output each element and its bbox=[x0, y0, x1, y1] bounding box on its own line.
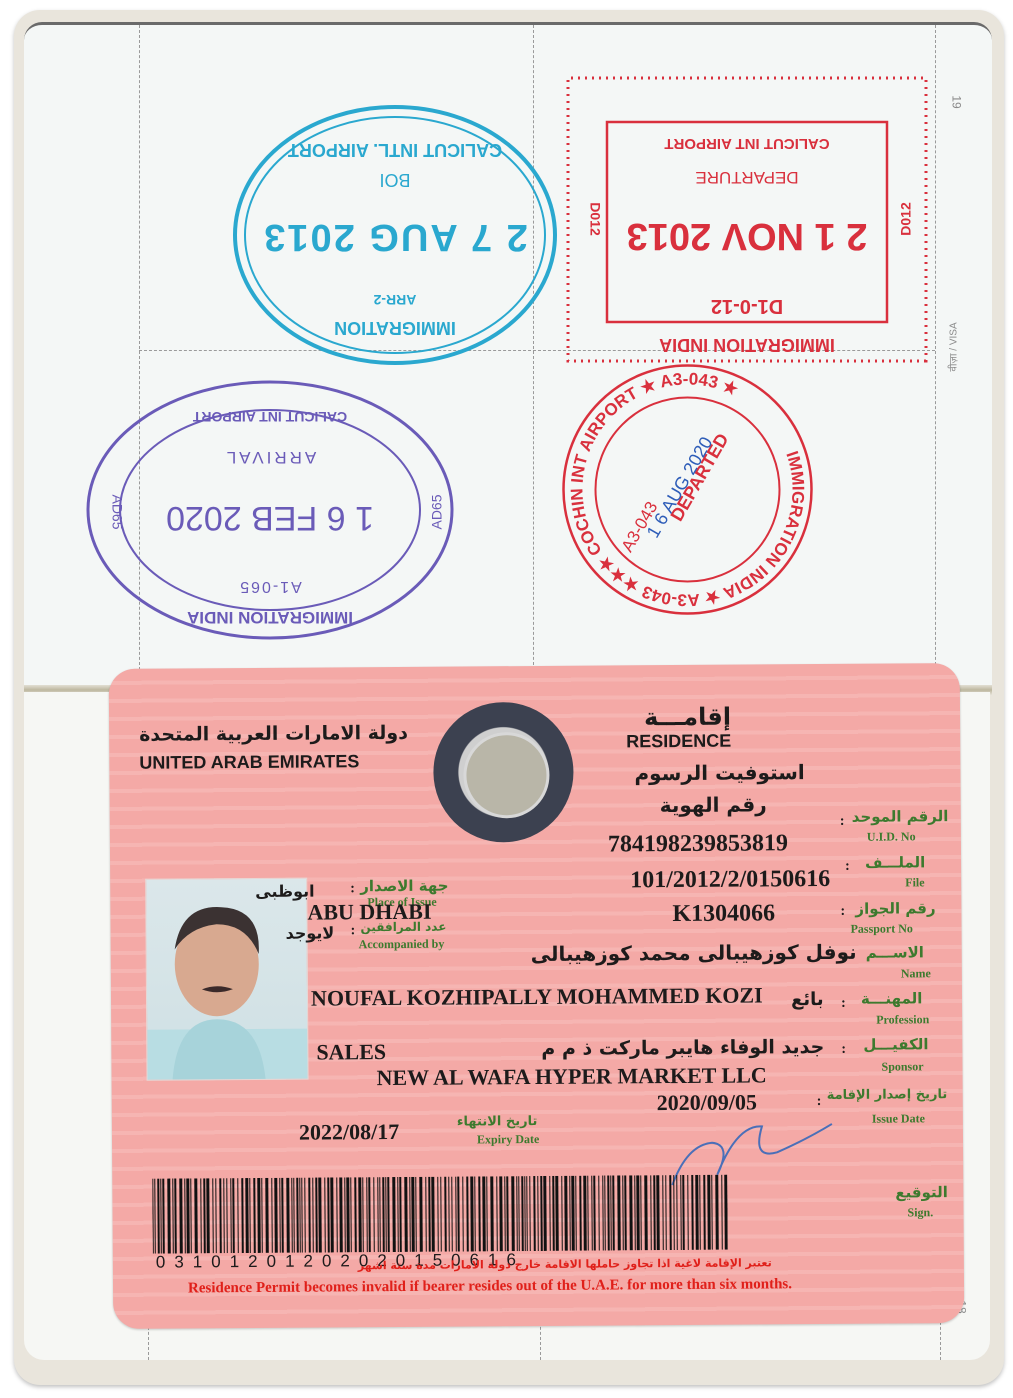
signature-label-en: Sign. bbox=[907, 1205, 933, 1220]
name-label-en: Name bbox=[901, 966, 931, 981]
expiry-date-value: 2022/08/17 bbox=[299, 1119, 399, 1146]
sponsor-value: NEW AL WAFA HYPER MARKET LLC bbox=[376, 1062, 766, 1091]
uid-value: 784198239853819 bbox=[608, 830, 788, 858]
stamp-date: 2 1 NOV 2013 bbox=[562, 214, 932, 257]
sponsor-value-ar: جديد الوفاء هايبر ماركت ذ م م bbox=[541, 1036, 824, 1060]
file-label-en: File bbox=[905, 875, 924, 890]
immigration-stamp-cochin-departed-2020: IMMIGRATION INDIA ★ A3-043 ★★★ COCHIN IN… bbox=[560, 362, 815, 617]
immigration-stamp-calicut-arrival-2020: IMMIGRATION INDIA A1-065 1 6 FEB 2020 AR… bbox=[80, 375, 460, 645]
stamp-code-bottom: ARR-2 bbox=[230, 292, 560, 308]
issue-date-label-en: Issue Date bbox=[872, 1111, 925, 1126]
stamp-counter: A1-065 bbox=[80, 577, 460, 595]
profession-label-en: Profession bbox=[876, 1012, 929, 1027]
fees-paid-ar: استوفيت الرسوم bbox=[634, 760, 804, 785]
place-of-issue-ar: ابوظبى bbox=[255, 882, 314, 901]
sponsor-label-en: Sponsor bbox=[881, 1059, 923, 1074]
stamp-side-code: AD65 bbox=[428, 494, 444, 529]
country-name-en: UNITED ARAB EMIRATES bbox=[139, 751, 359, 774]
barcode bbox=[152, 1175, 728, 1254]
stamp-outer-top: IMMIGRATION INDIA bbox=[80, 607, 460, 627]
expiry-date-label-ar: تاريخ الانتهاء bbox=[457, 1114, 538, 1130]
name-label-ar: الاســـم bbox=[866, 943, 924, 961]
expiry-date-label-en: Expiry Date bbox=[477, 1132, 539, 1147]
residence-title-en: RESIDENCE bbox=[626, 731, 731, 753]
profession-label-ar: المهنـــة bbox=[861, 989, 922, 1007]
immigration-stamp-calicut-departure-2013: IMMIGRATION INDIA D1-0-12 2 1 NOV 2013 D… bbox=[562, 72, 932, 367]
stamp-side-code: D012 bbox=[587, 202, 603, 235]
id-number-label-ar: رقم الهوية bbox=[660, 792, 767, 817]
immigration-stamp-calicut-arrival-2013: IMMIGRATION ARR-2 2 7 AUG 2013 BOI CALIC… bbox=[230, 100, 560, 370]
file-value: 101/2012/2/0150616 bbox=[630, 866, 830, 894]
page-number-top: 19 bbox=[950, 95, 964, 108]
stamp-outer-bottom: CALICUT INT AIRPORT bbox=[562, 135, 932, 152]
profession-value-ar: بائع bbox=[791, 989, 824, 1010]
passport-no-value: K1304066 bbox=[672, 900, 775, 928]
visa-label-top: वीज़ा / VISA bbox=[946, 322, 960, 371]
place-of-issue-label-ar: جهة الاصدار bbox=[360, 877, 448, 896]
issue-date-label-ar: تاريخ إصدار الإقامة bbox=[827, 1087, 948, 1103]
sponsor-label-ar: الكفيـــل bbox=[863, 1035, 928, 1053]
stamp-type: DEPARTURE bbox=[562, 167, 932, 187]
stamp-outer-bottom: CALICUT INT AIRPORT bbox=[80, 409, 460, 425]
file-label-ar: الملـــف bbox=[865, 853, 925, 871]
accompanied-by-label-ar: عدد المرافقين bbox=[360, 920, 446, 935]
uid-label-en: U.I.D. No bbox=[867, 829, 916, 844]
signature-label-ar: التوقيع bbox=[895, 1183, 948, 1201]
stamp-type: ARRIVAL bbox=[80, 447, 460, 467]
stamp-outer-top: IMMIGRATION bbox=[230, 317, 560, 338]
holder-photo bbox=[145, 878, 308, 1081]
page-grid-line bbox=[935, 25, 936, 685]
passport-no-label-en: Passport No bbox=[850, 921, 912, 936]
stamp-date: 2 7 AUG 2013 bbox=[230, 215, 560, 258]
passport-no-label-ar: رقم الجواز bbox=[855, 899, 935, 918]
uae-hologram-seal-icon bbox=[433, 702, 574, 843]
stamp-outer-top: IMMIGRATION INDIA bbox=[562, 334, 932, 355]
residence-title-ar: إقامـــة bbox=[644, 703, 731, 732]
accompanied-by-label-en: Accompanied by bbox=[359, 937, 445, 953]
stamp-counter: D1-0-12 bbox=[562, 294, 932, 317]
name-value: NOUFAL KOZHIPALLY MOHAMMED KOZI bbox=[311, 982, 763, 1011]
stamp-outer-bottom: CALICUT INTL. AIRPORT bbox=[230, 139, 560, 160]
stamp-side-code: D012 bbox=[897, 202, 913, 235]
profession-value: SALES bbox=[316, 1039, 386, 1065]
name-value-ar: نوفل كوزهيبالى محمد كوزهيبالى bbox=[531, 940, 857, 966]
uae-residence-permit: دولة الامارات العربية المتحدة UNITED ARA… bbox=[109, 663, 965, 1329]
stamp-side-code: AD65 bbox=[109, 494, 125, 529]
stamp-date: 1 6 FEB 2020 bbox=[80, 498, 460, 537]
country-name-ar: دولة الامارات العربية المتحدة bbox=[139, 722, 408, 746]
accompanied-by-value-ar: لايوجد bbox=[285, 923, 334, 942]
person-photo-icon bbox=[146, 879, 307, 1080]
uid-label-ar: الرقم الموحد bbox=[852, 807, 949, 826]
stamp-code-top: BOI bbox=[230, 169, 560, 190]
